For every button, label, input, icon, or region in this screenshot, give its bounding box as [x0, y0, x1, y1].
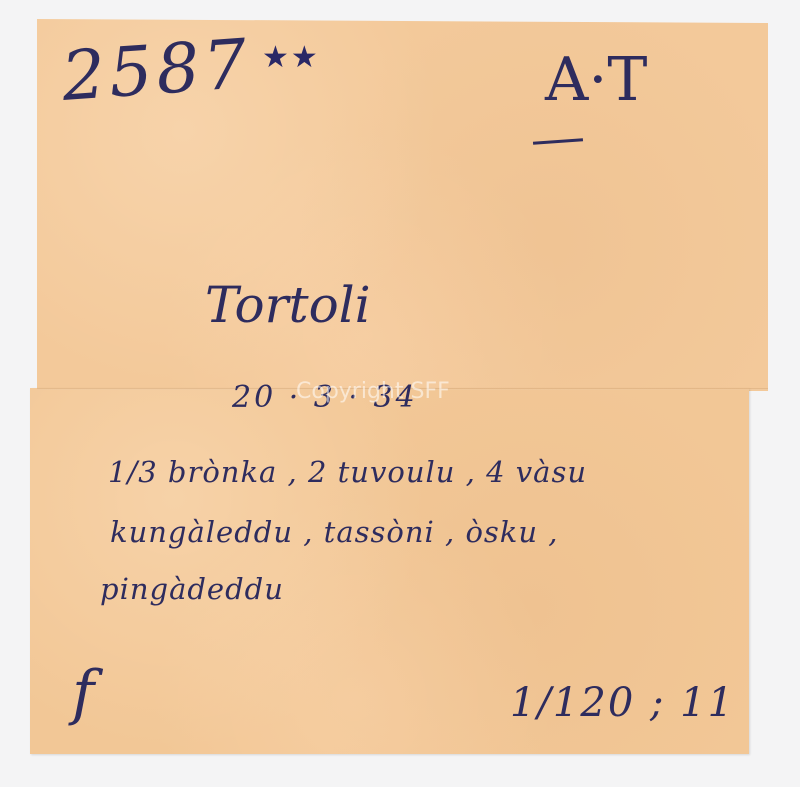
catalog-number: 2587 — [59, 25, 253, 117]
note-line: 1/3 brònka , 2 tuvoulu , 4 vàsu — [108, 455, 587, 489]
reference-number: 1/120 ; 11 — [510, 680, 735, 726]
collector-code: A·T — [545, 45, 647, 115]
watermark: Copyright SFF — [296, 379, 450, 404]
place-name: Tortoli — [205, 276, 371, 334]
note-line: kungàleddu , tassòni , òsku , — [110, 515, 558, 549]
stars-icon: ★★ — [262, 40, 320, 75]
left-mark: f — [72, 658, 94, 728]
note-line: pingàdeddu — [100, 572, 284, 606]
